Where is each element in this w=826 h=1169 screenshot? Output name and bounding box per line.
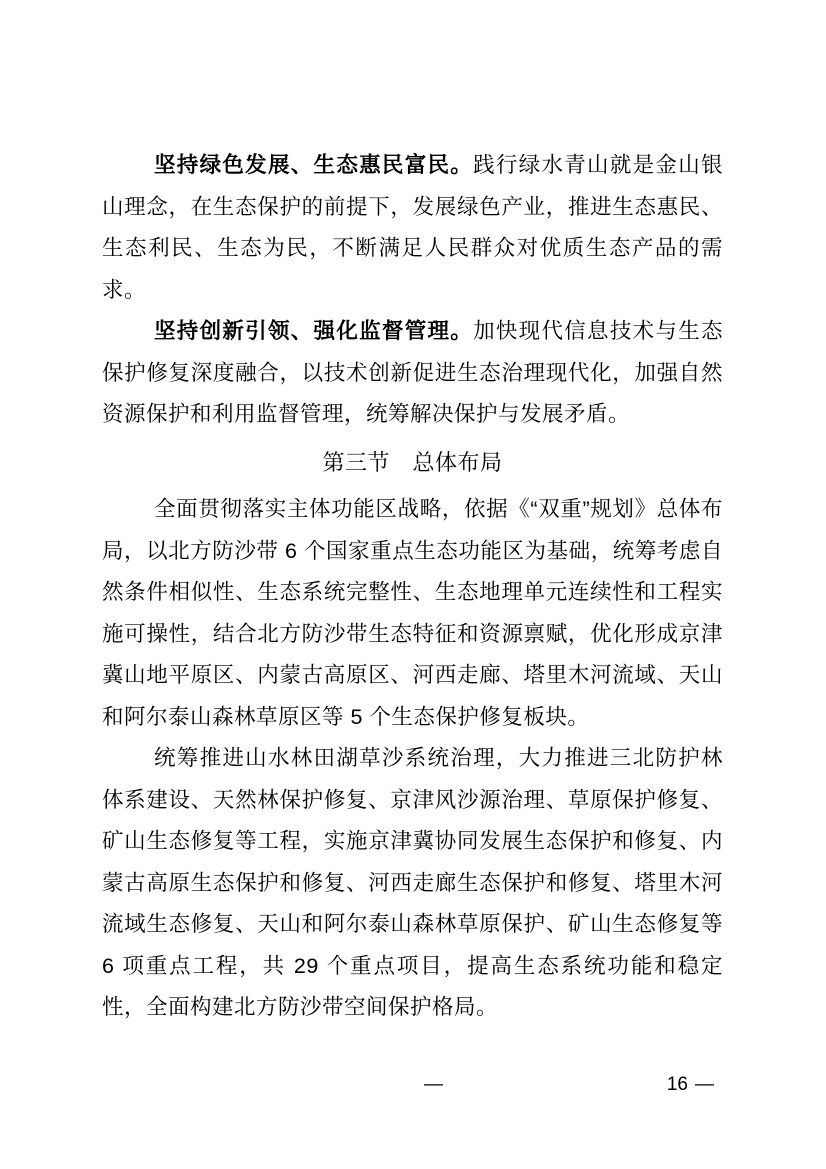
page-footer: — 16— [0, 1070, 826, 1100]
page-number-group: 16— [667, 1070, 714, 1100]
paragraph: 坚持绿色发展、生态惠民富民。践行绿水青山就是金山银山理念，在生态保护的前提下，发… [102, 145, 723, 311]
footer-right-dash: — [695, 1074, 714, 1095]
paragraph-lead-bold: 坚持创新引领、强化监督管理。 [154, 319, 473, 343]
page-number: 16 [667, 1074, 688, 1095]
footer-center-dash: — [424, 1070, 443, 1100]
paragraph: 全面贯彻落实主体功能区战略，依据《“双重”规划》总体布局，以北方防沙带 6 个国… [102, 489, 723, 738]
paragraph: 统筹推进山水林田湖草沙系统治理，大力推进三北防护林体系建设、天然林保护修复、京津… [102, 738, 723, 1029]
paragraph-text: 全面贯彻落实主体功能区战略，依据《“双重”规划》总体布局，以北方防沙带 6 个国… [102, 497, 723, 729]
paragraph-lead-bold: 坚持绿色发展、生态惠民富民。 [154, 153, 473, 177]
paragraph-text: 统筹推进山水林田湖草沙系统治理，大力推进三北防护林体系建设、天然林保护修复、京津… [102, 746, 723, 1019]
document-body: 坚持绿色发展、生态惠民富民。践行绿水青山就是金山银山理念，在生态保护的前提下，发… [102, 145, 723, 1029]
document-page: 坚持绿色发展、生态惠民富民。践行绿水青山就是金山银山理念，在生态保护的前提下，发… [0, 0, 826, 1169]
paragraph: 坚持创新引领、强化监督管理。加快现代信息技术与生态保护修复深度融合，以技术创新促… [102, 311, 723, 436]
section-heading: 第三节 总体布局 [102, 442, 723, 484]
